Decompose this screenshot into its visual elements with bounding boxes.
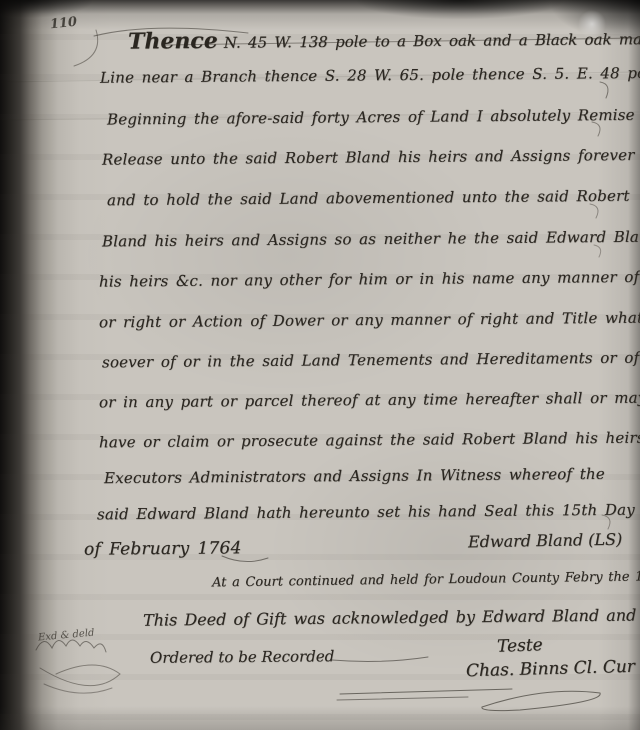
document-line-first: ThenceN. 45 W. 138 pole to a Box oak and…: [128, 23, 640, 54]
page-number: 110: [49, 15, 78, 33]
first-word-thence: Thence: [128, 28, 218, 55]
teste-label: Teste: [497, 635, 543, 657]
document-page: 110 ThenceN. 45 W. 138 pole to a Box oak…: [0, 0, 640, 730]
clerk-signature: Chas. Binns Cl. Cur: [466, 657, 635, 681]
document-line: of February 1764: [84, 538, 242, 559]
acknowledgement-line: This Deed of Gift was acknowledged by Ed…: [143, 605, 640, 629]
document-line: Release unto the said Robert Bland his h…: [102, 145, 640, 168]
document-line: his heirs &c. nor any other for him or i…: [99, 267, 640, 290]
document-line: Executors Administrators and Assigns In …: [104, 465, 605, 487]
document-line: said Edward Bland hath hereunto set his …: [97, 501, 635, 524]
document-line: or right or Action of Dower or any manne…: [99, 309, 640, 332]
document-line: Bland his heirs and Assigns so as neithe…: [102, 228, 640, 251]
court-record-line: At a Court continued and held for Loudou…: [212, 569, 640, 591]
document-line: soever of or in the said Land Tenements …: [102, 349, 639, 372]
order-to-record-line: Ordered to be Recorded: [150, 647, 334, 667]
document-line: Line near a Branch thence S. 28 W. 65. p…: [100, 63, 640, 86]
grantor-signature: Edward Bland (LS): [468, 530, 623, 552]
margin-note: Exd & deld: [38, 628, 95, 644]
document-line: and to hold the said Land abovementioned…: [107, 187, 630, 210]
document-line: or in any part or parcel thereof at any …: [99, 389, 640, 412]
document-line: have or claim or prosecute against the s…: [99, 429, 640, 452]
document-line: Beginning the afore-said forty Acres of …: [107, 106, 640, 129]
first-line-text: N. 45 W. 138 pole to a Box oak and a Bla…: [224, 29, 640, 51]
